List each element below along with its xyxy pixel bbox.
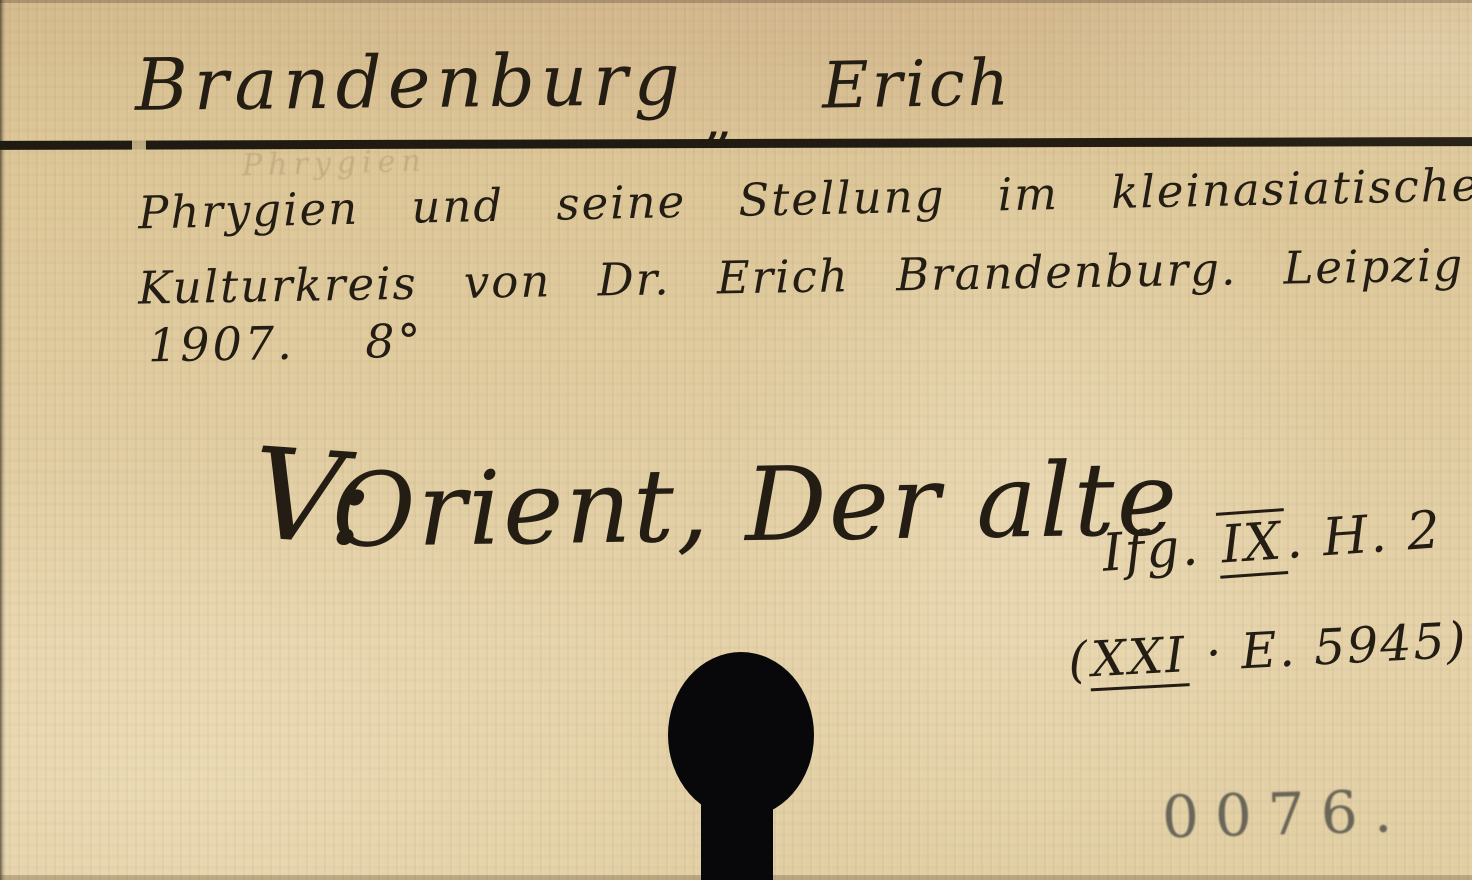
punch-hole-slot	[701, 778, 773, 880]
shelfmark-suffix: . H. 2	[1284, 500, 1444, 571]
ghost-stamp-text: Phrygien	[242, 144, 428, 184]
shelfmark-line-2: (XXI · E. 5945)	[1067, 612, 1469, 690]
heading-forename: Erich	[821, 46, 1012, 123]
title-line-2: Kulturkreis von Dr. Erich Brandenburg. L…	[138, 238, 1465, 314]
reference-title: Orient, Der alte	[331, 440, 1180, 571]
shelfmark-roman-ix: IX	[1216, 508, 1288, 579]
scan-edge-top	[0, 0, 1472, 3]
catalog-card: Brandenburg „ Erich Phrygien Phrygien un…	[0, 0, 1472, 880]
shelfmark-prefix: Ifg.	[1100, 516, 1220, 584]
shelfmark-roman-xxi: XXI	[1088, 626, 1190, 691]
shelfmark-number: · E. 5945)	[1187, 612, 1469, 684]
heading-surname: Brandenburg	[135, 37, 687, 127]
imprint-line: 1907. 8°	[148, 314, 424, 373]
stamp-number: 0076.	[1161, 777, 1409, 851]
heading-rule	[0, 137, 1472, 150]
scan-edge-left	[0, 0, 6, 880]
